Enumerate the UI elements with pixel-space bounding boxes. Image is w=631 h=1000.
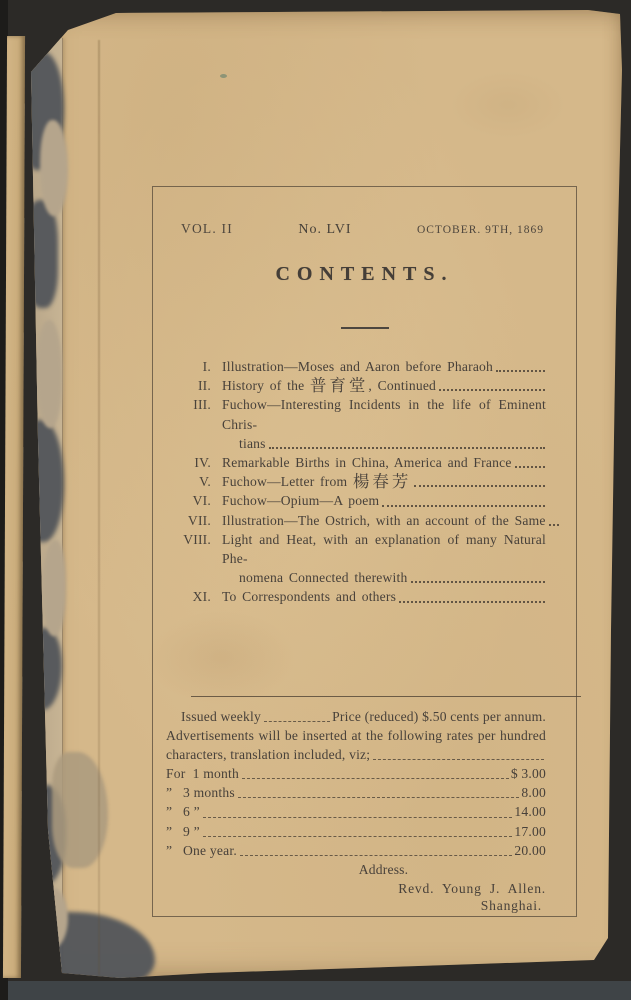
item-line: Fuchow—Letter from 楊春芳 <box>222 472 576 491</box>
contents-title: CONTENTS. <box>153 263 576 286</box>
item-title: tians <box>239 434 266 453</box>
item-title: nomena Connected therewith <box>239 568 408 587</box>
rate-amount: 14.00 <box>514 802 546 821</box>
rates-table: For 1 month$ 3.00” 3 months8.00” 6 ”14.0… <box>166 764 546 859</box>
rate-amount: 17.00 <box>514 822 546 841</box>
characters-text: characters, translation included, viz; <box>166 745 370 764</box>
item-numeral: VII. <box>153 511 222 530</box>
ink-speck <box>220 74 227 78</box>
dash-leader <box>373 745 544 760</box>
section-divider-rule <box>191 696 581 697</box>
item-line: History of the 普育堂, Continued <box>222 376 576 395</box>
item-title: Fuchow—Interesting Incidents in the life… <box>222 395 546 433</box>
list-item: I.Illustration—Moses and Aaron before Ph… <box>153 357 576 376</box>
dot-leader <box>439 376 545 391</box>
item-title: History of the 普育堂, Continued <box>222 376 436 395</box>
page-crease <box>98 40 100 975</box>
dash-leader <box>264 707 330 722</box>
scanner-bed-bottom <box>0 981 631 1000</box>
dash-leader <box>203 802 513 817</box>
subscription-block: Issued weekly Price (reduced) $.50 cents… <box>153 707 576 915</box>
torn-paper <box>40 120 68 216</box>
item-line: tians <box>222 434 576 453</box>
item-line: Fuchow—Interesting Incidents in the life… <box>222 395 576 433</box>
volume-label: VOL. II <box>181 221 233 237</box>
item-title: Illustration—Moses and Aaron before Phar… <box>222 357 493 376</box>
dot-leader <box>414 472 545 487</box>
item-title: Light and Heat, with an explanation of m… <box>222 530 546 568</box>
item-line: To Correspondents and others <box>222 587 576 606</box>
list-item: nomena Connected therewith <box>153 568 576 587</box>
rate-label: For 1 month <box>166 764 239 783</box>
rate-row: ” 6 ”14.00 <box>166 802 546 821</box>
item-line: Fuchow—Opium—A poem <box>222 491 576 510</box>
dot-leader <box>549 511 559 526</box>
list-item: XI.To Correspondents and others <box>153 587 576 606</box>
dash-leader <box>203 822 513 837</box>
paper-stain <box>448 70 568 140</box>
rate-row: ” 9 ”17.00 <box>166 822 546 841</box>
dot-leader <box>399 587 545 602</box>
date-label: OCTOBER. 9TH, 1869 <box>417 224 544 236</box>
address-label: Address. <box>166 860 546 879</box>
rate-amount: 20.00 <box>514 841 546 860</box>
dot-leader <box>269 434 545 449</box>
torn-paper <box>36 320 62 428</box>
item-line: Illustration—Moses and Aaron before Phar… <box>222 357 576 376</box>
torn-paper <box>42 540 66 636</box>
item-title: Illustration—The Ostrich, with an accoun… <box>222 511 546 530</box>
rate-amount: 8.00 <box>521 783 546 802</box>
item-numeral <box>153 568 222 587</box>
item-numeral: VIII. <box>153 530 222 568</box>
item-numeral <box>153 434 222 453</box>
item-title: Fuchow—Letter from 楊春芳 <box>222 472 411 491</box>
dash-leader <box>238 783 520 798</box>
address-city: Shanghai. <box>166 896 546 915</box>
dash-leader <box>242 764 509 779</box>
list-item: II.History of the 普育堂, Continued <box>153 376 576 395</box>
item-title: To Correspondents and others <box>222 587 396 606</box>
list-item: V.Fuchow—Letter from 楊春芳 <box>153 472 576 491</box>
rate-label: ” 9 ” <box>166 822 200 841</box>
item-line: Remarkable Births in China, America and … <box>222 453 576 472</box>
printed-frame: VOL. II No. LVI OCTOBER. 9TH, 1869 CONTE… <box>152 186 577 917</box>
list-item: VIII.Light and Heat, with an explanation… <box>153 530 576 568</box>
rate-label: ” One year. <box>166 841 237 860</box>
item-title: Fuchow—Opium—A poem <box>222 491 379 510</box>
advertisement-line-2: characters, translation included, viz; <box>166 745 546 764</box>
rate-row: For 1 month$ 3.00 <box>166 764 546 783</box>
item-title: Remarkable Births in China, America and … <box>222 453 512 472</box>
list-item: III.Fuchow—Interesting Incidents in the … <box>153 395 576 433</box>
rate-amount: $ 3.00 <box>511 764 546 783</box>
list-item: IV.Remarkable Births in China, America a… <box>153 453 576 472</box>
dot-leader <box>411 568 546 583</box>
rate-row: ” 3 months8.00 <box>166 783 546 802</box>
issued-label: Issued weekly <box>166 707 261 726</box>
title-rule <box>341 327 389 329</box>
contents-list: I.Illustration—Moses and Aaron before Ph… <box>153 357 576 607</box>
issue-label: No. LVI <box>298 222 351 238</box>
cjk-text: 普育堂 <box>310 376 369 395</box>
rate-label: ” 6 ” <box>166 802 200 821</box>
item-numeral: IV. <box>153 453 222 472</box>
item-numeral: V. <box>153 472 222 491</box>
scanned-page: VOL. II No. LVI OCTOBER. 9TH, 1869 CONTE… <box>28 10 622 982</box>
dot-leader <box>515 453 545 468</box>
list-item: tians <box>153 434 576 453</box>
item-line: Light and Heat, with an explanation of m… <box>222 530 576 568</box>
cjk-text: 楊春芳 <box>353 472 412 491</box>
item-numeral: III. <box>153 395 222 433</box>
issued-weekly-line: Issued weekly Price (reduced) $.50 cents… <box>166 707 546 726</box>
item-line: nomena Connected therewith <box>222 568 576 587</box>
masthead: VOL. II No. LVI OCTOBER. 9TH, 1869 <box>153 221 576 238</box>
rate-label: ” 3 months <box>166 783 235 802</box>
item-numeral: I. <box>153 357 222 376</box>
item-line: Illustration—The Ostrich, with an accoun… <box>222 511 576 530</box>
item-numeral: II. <box>153 376 222 395</box>
dash-leader <box>240 841 512 856</box>
list-item: VII.Illustration—The Ostrich, with an ac… <box>153 511 576 530</box>
list-item: VI.Fuchow—Opium—A poem <box>153 491 576 510</box>
advertisement-line-1: Advertisements will be inserted at the f… <box>166 726 546 745</box>
item-numeral: VI. <box>153 491 222 510</box>
dot-leader <box>496 357 545 372</box>
dot-leader <box>382 491 545 506</box>
rate-row: ” One year.20.00 <box>166 841 546 860</box>
price-text: Price (reduced) $.50 cents per annum. <box>332 707 546 726</box>
item-numeral: XI. <box>153 587 222 606</box>
